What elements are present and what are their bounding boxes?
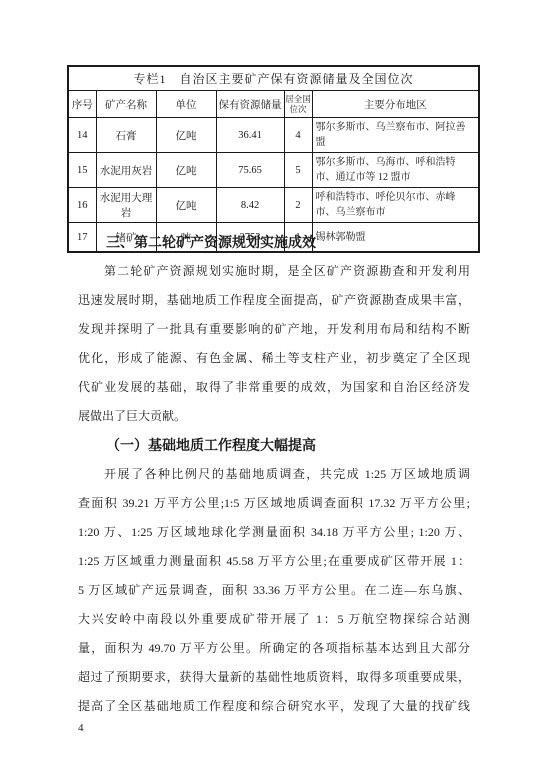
column-header: 保有资源储量 (216, 91, 284, 118)
column-header: 单位 (156, 91, 216, 118)
section-heading: （一）基础地质工作程度大幅提高 (78, 431, 470, 460)
text-line: 量，面积为 49.70 万平方公里。所确定的各项指标基本达到且大部分 (78, 634, 470, 663)
table-cell: 石膏 (96, 118, 156, 153)
table-cell: 亿吨 (156, 188, 216, 223)
table-cell: 75.65 (216, 153, 284, 188)
table-cell: 水泥用灰岩 (96, 153, 156, 188)
text-line: 5 万区域矿产远景调查，面积 33.36 万平方公里。在二连—东乌旗、 (78, 576, 470, 605)
table-cell: 36.41 (216, 118, 284, 153)
table-cell: 15 (68, 153, 96, 188)
text-line: 1:25 万区域重力测量面积 45.58 万平方公里;在重要成矿区带开展 1： (78, 547, 470, 576)
page-number: 4 (78, 721, 84, 735)
table-cell: 水泥用大理岩 (96, 188, 156, 223)
table-cell: 鄂尔多斯市、乌兰察布市、阿拉善盟 (312, 118, 479, 153)
text-line: 1:20 万、1:25 万区域地球化学测量面积 34.18 万平方公里; 1:2… (78, 518, 470, 547)
text-line: 超过了预期要求，获得大量新的基础性地质资料，取得多项重要成果， (78, 663, 470, 692)
column-header: 序号 (68, 91, 96, 118)
text-line: 提高了全区基础地质工作程度和综合研究水平，发现了大量的找矿线 (78, 692, 470, 721)
table-row: 16水泥用大理岩亿吨8.422呼和浩特市、呼伦贝尔市、赤峰市、乌兰察布市 (68, 188, 479, 223)
table-title: 专栏1 自治区主要矿产保有资源储量及全国位次 (68, 66, 479, 91)
document-page: 专栏1 自治区主要矿产保有资源储量及全国位次 序号矿产名称单位保有资源储量居全国… (0, 0, 547, 782)
text-line: 开展了各种比例尺的基础地质调查，共完成 1:25 万区域地质调 (78, 460, 470, 489)
column-header: 矿产名称 (96, 91, 156, 118)
table-cell: 2 (284, 188, 312, 223)
table-cell: 5 (284, 153, 312, 188)
document-body-text: 三、第二轮矿产资源规划实施成效第二轮矿产资源规划实施时期，是全区矿产资源勘查和开… (78, 228, 470, 721)
table-cell: 亿吨 (156, 153, 216, 188)
table-cell: 呼和浩特市、呼伦贝尔市、赤峰市、乌兰察布市 (312, 188, 479, 223)
mineral-reserves-table: 专栏1 自治区主要矿产保有资源储量及全国位次 序号矿产名称单位保有资源储量居全国… (67, 65, 480, 253)
text-line: 迅速发展时期，基础地质工作程度全面提高，矿产资源勘查成果丰富， (78, 286, 470, 315)
table-title-row: 专栏1 自治区主要矿产保有资源储量及全国位次 (68, 66, 479, 91)
table-cell: 4 (284, 118, 312, 153)
table-row: 14石膏亿吨36.414鄂尔多斯市、乌兰察布市、阿拉善盟 (68, 118, 479, 153)
text-line: 代矿业发展的基础，取得了非常重要的成效，为国家和自治区经济发 (78, 373, 470, 402)
table-cell: 8.42 (216, 188, 284, 223)
table-cell: 鄂尔多斯市、乌海市、呼和浩特市、通辽市等 12 盟市 (312, 153, 479, 188)
table-cell: 16 (68, 188, 96, 223)
table-cell: 14 (68, 118, 96, 153)
text-line: 优化，形成了能源、有色金属、稀土等支柱产业，初步奠定了全区现 (78, 344, 470, 373)
column-header: 主要分布地区 (312, 91, 479, 118)
text-line: 发现并探明了一批具有重要影响的矿产地，开发利用布局和结构不断 (78, 315, 470, 344)
table-row: 15水泥用灰岩亿吨75.655鄂尔多斯市、乌海市、呼和浩特市、通辽市等 12 盟… (68, 153, 479, 188)
column-header: 居全国位次 (284, 91, 312, 118)
text-line: 查面积 39.21 万平方公里;1:5 万区域地质调查面积 17.32 万平方公… (78, 489, 470, 518)
text-line: 展做出了巨大贡献。 (78, 402, 470, 431)
section-heading: 三、第二轮矿产资源规划实施成效 (78, 228, 470, 257)
text-line: 第二轮矿产资源规划实施时期，是全区矿产资源勘查和开发利用 (78, 257, 470, 286)
table-header-row: 序号矿产名称单位保有资源储量居全国位次主要分布地区 (68, 91, 479, 118)
text-line: 大兴安岭中南段以外重要成矿带开展了 1：5 万航空物探综合站测 (78, 605, 470, 634)
table-cell: 亿吨 (156, 118, 216, 153)
